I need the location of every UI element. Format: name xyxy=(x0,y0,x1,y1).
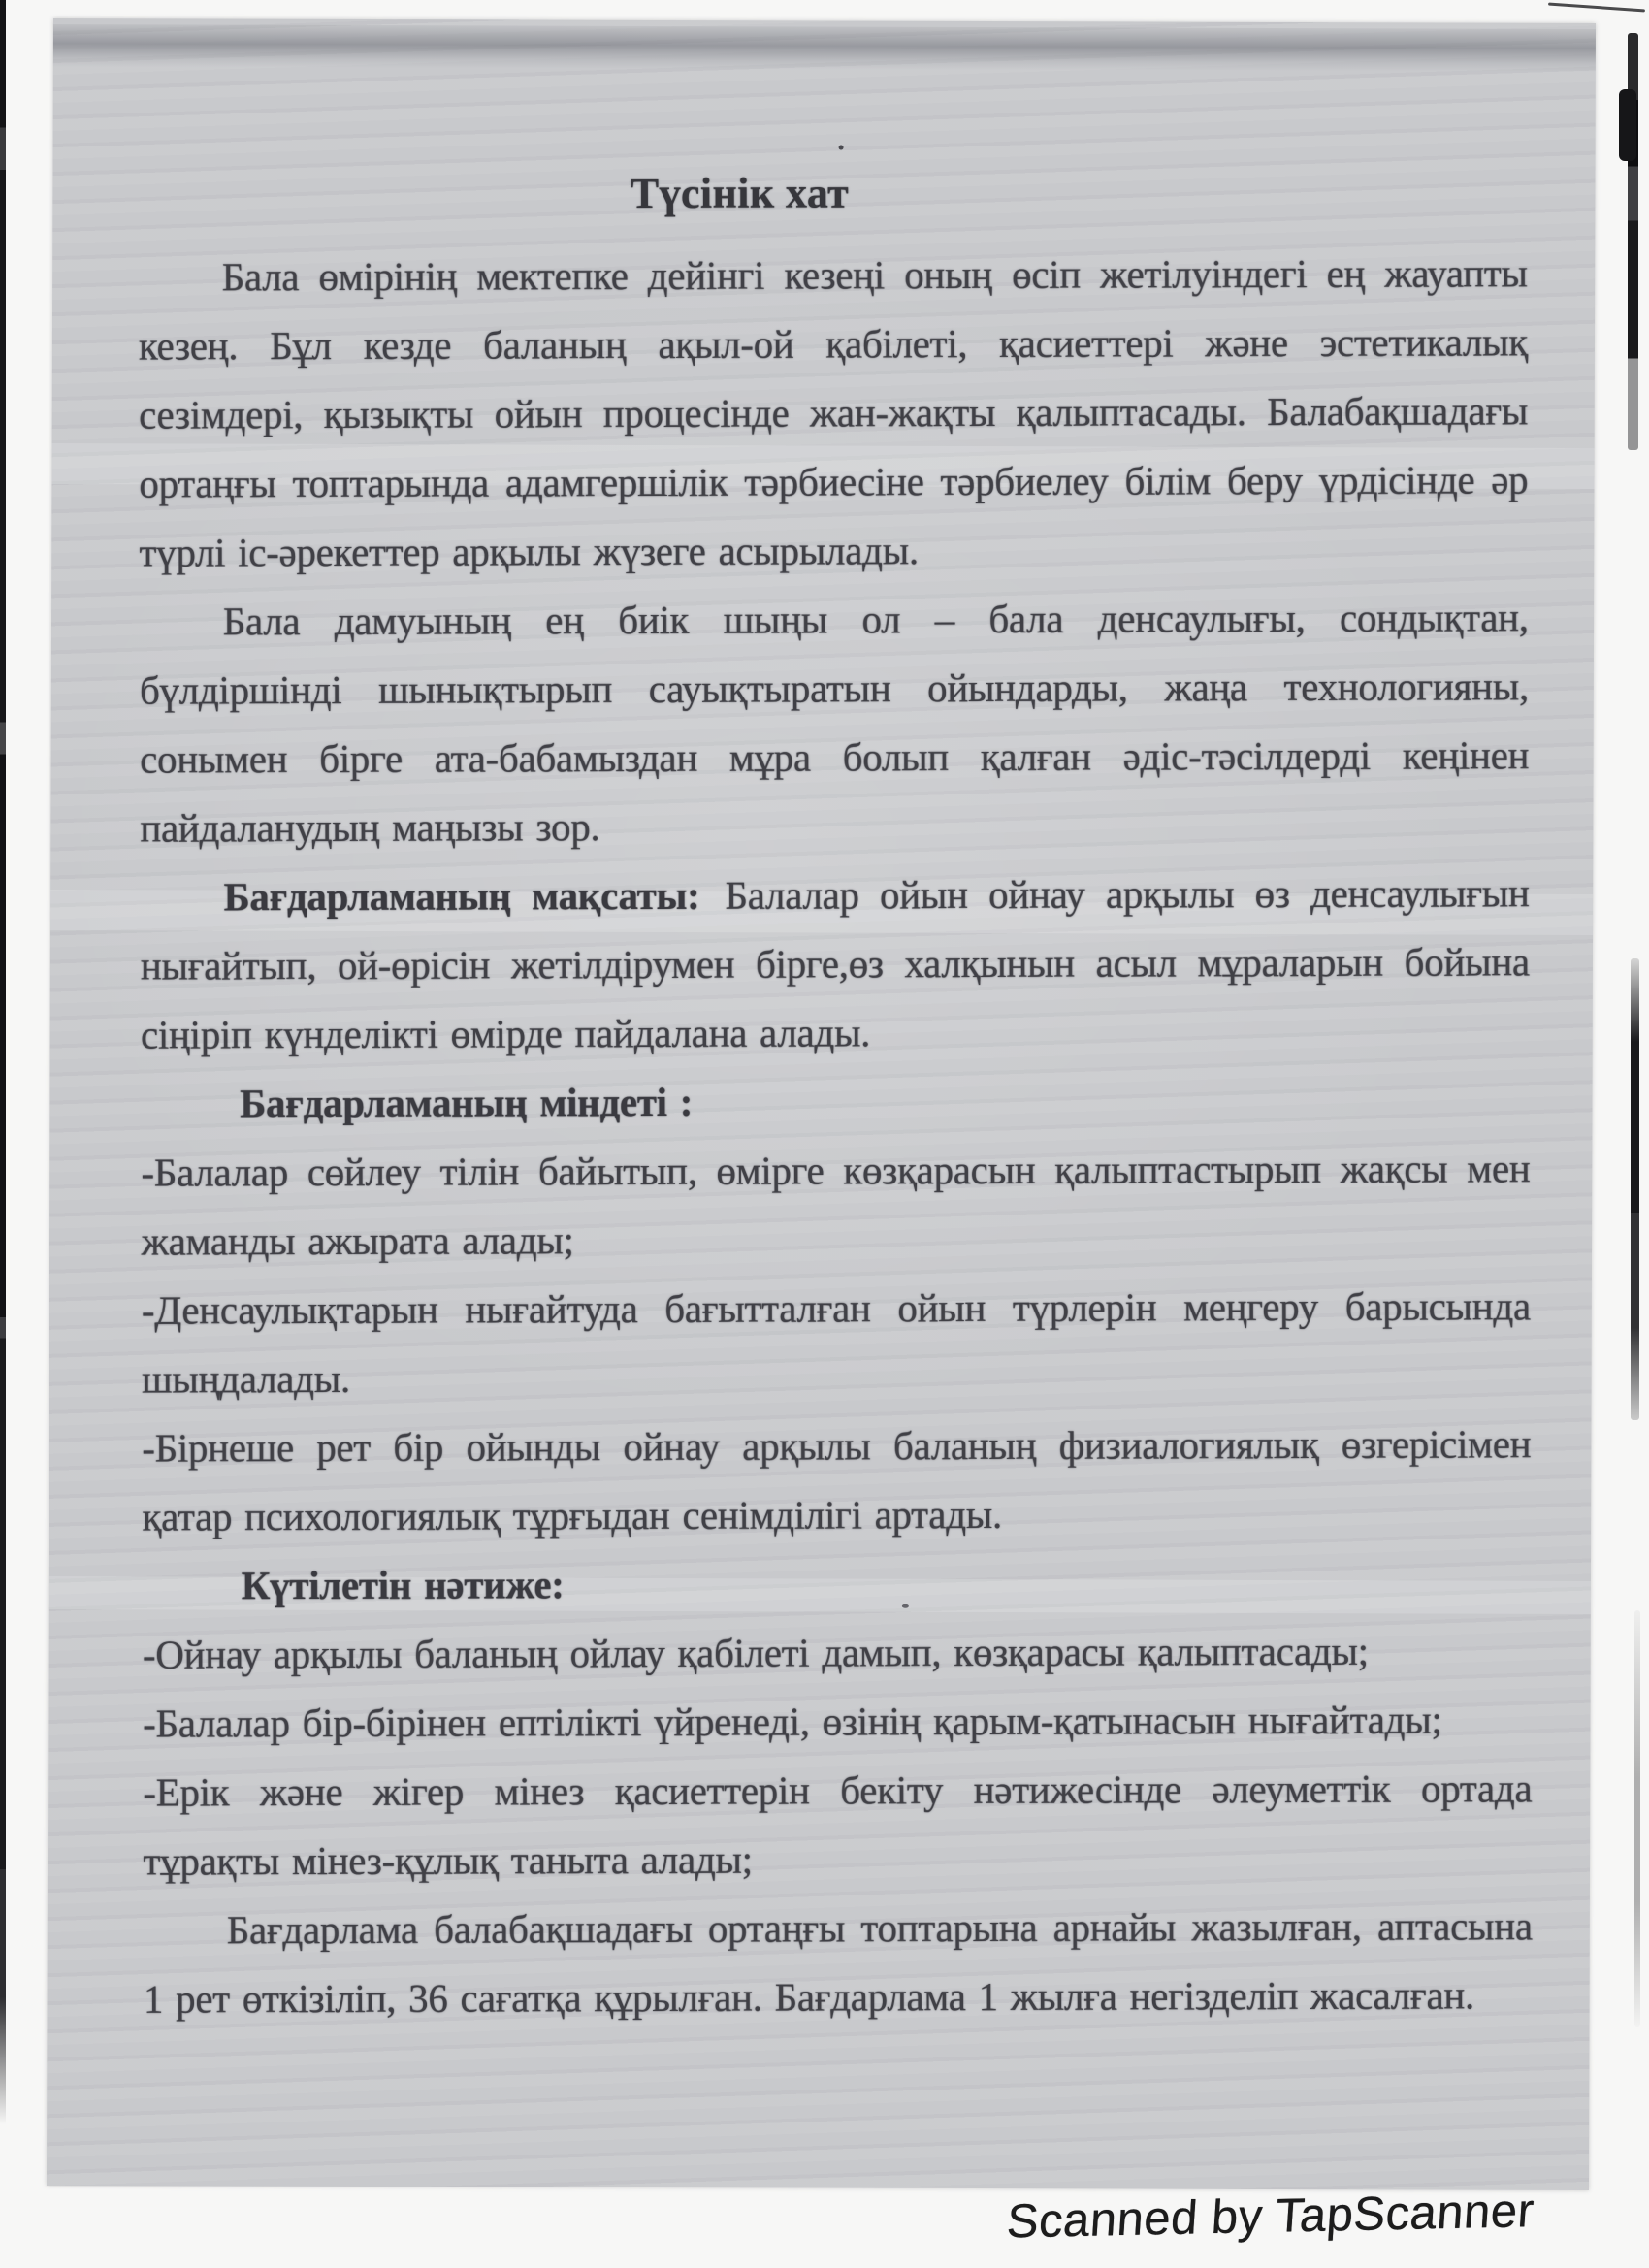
document-body: Бала өмірінің мектепке дейінгі кезеңі он… xyxy=(139,239,1533,2033)
outcome-item: -Ерік және жігер мінез қасиеттерін бекіт… xyxy=(143,1754,1532,1895)
tasks-heading: Бағдарламаның міндеті : xyxy=(141,1065,1530,1138)
goal-label: Бағдарламаның мақсаты: xyxy=(224,873,700,919)
scanned-document: Түсінік хат Бала өмірінің мектепке дейін… xyxy=(0,0,1649,2268)
scan-edge-artifact-right xyxy=(1631,958,1639,1420)
scan-ink-blob xyxy=(1619,89,1636,161)
scanner-watermark: Scanned by TapScanner xyxy=(1005,2182,1610,2249)
task-item: -Балалар сөйлеу тілін байытып, өмірге кө… xyxy=(141,1134,1530,1276)
intro-paragraph: Бала өмірінің мектепке дейінгі кезеңі он… xyxy=(139,239,1529,587)
document-page: Түсінік хат Бала өмірінің мектепке дейін… xyxy=(47,18,1596,2190)
document-content: Түсінік хат Бала өмірінің мектепке дейін… xyxy=(48,18,1597,2034)
outcomes-heading: Күтілетін нәтиже: xyxy=(143,1547,1532,1620)
task-item: -Бірнеше рет бір ойынды ойнау арқылы бал… xyxy=(142,1409,1531,1551)
document-title: Түсінік хат xyxy=(45,167,1434,220)
task-item: -Денсаулықтарын нығайтуда бағытталған ой… xyxy=(142,1272,1531,1413)
outcome-item: -Балалар бір-бірінен ептілікті үйренеді,… xyxy=(143,1685,1532,1758)
scan-edge-artifact-left xyxy=(0,0,6,2124)
goal-paragraph: Бағдарламаның мақсаты:Балалар ойын ойнау… xyxy=(141,859,1531,1069)
outcome-item: -Ойнау арқылы баланың ойлау қабілеті дам… xyxy=(143,1616,1532,1689)
scan-edge-artifact-right xyxy=(1634,1610,1640,2027)
closing-paragraph: Бағдарлама балабақшадағы ортаңғы топтары… xyxy=(144,1892,1533,2033)
scan-artifact-topright-line xyxy=(1548,3,1645,13)
intro-paragraph: Бала дамуының ең биік шыңы ол – бала ден… xyxy=(140,583,1530,862)
